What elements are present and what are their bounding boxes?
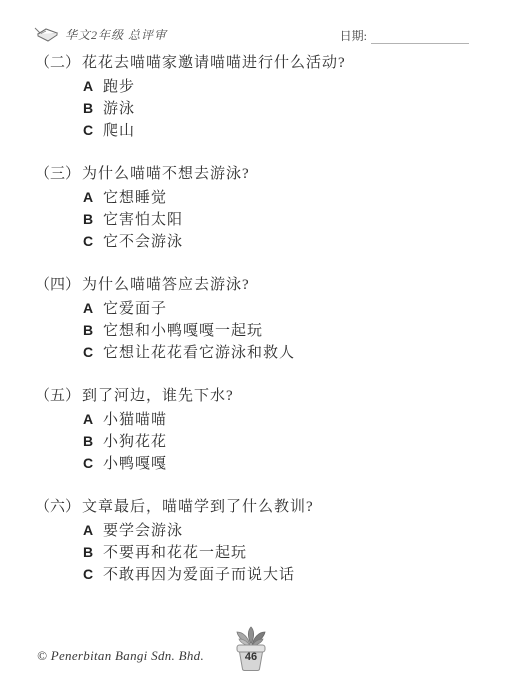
option-text: 它想睡觉 [103,187,167,209]
option-b: B 它想和小鸭嘎嘎一起玩 [35,319,497,341]
question-number: （六） [35,495,82,519]
option-letter: A [83,297,103,319]
option-c: C 爬山 [35,119,497,141]
option-b: B 它害怕太阳 [35,208,497,230]
option-text: 它想和小鸭嘎嘎一起玩 [103,320,263,342]
flower-pot-icon [230,624,272,672]
question-text: 文章最后，喵喵学到了什么教训? [82,495,314,519]
copyright-text: © Penerbitan Bangi Sdn. Bhd. [37,648,204,664]
page-number-pot: 46 [230,624,272,672]
option-text: 不敢再因为爱面子而说大话 [103,564,295,586]
question-number: （三） [35,162,82,186]
option-letter: A [83,408,103,430]
option-letter: A [83,186,103,208]
option-a: A 小猫喵喵 [35,408,497,430]
question-row: （四） 为什么喵喵答应去游泳? [35,273,497,297]
option-text: 跑步 [103,76,135,98]
option-c: C 它想让花花看它游泳和救人 [35,341,497,363]
question-block-2: （二） 花花去喵喵家邀请喵喵进行什么活动? A 跑步 B 游泳 C 爬山 [35,51,497,141]
option-text: 要学会游泳 [103,520,183,542]
question-row: （二） 花花去喵喵家邀请喵喵进行什么活动? [35,51,497,75]
option-letter: C [83,341,103,363]
option-text: 小鸭嘎嘎 [103,453,167,475]
option-letter: B [83,430,103,452]
option-text: 小狗花花 [103,431,167,453]
option-text: 爬山 [103,120,135,142]
date-blank-line [371,32,469,44]
option-text: 小猫喵喵 [103,409,167,431]
worksheet-page: 华文2年级 总评审 日期: （二） 花花去喵喵家邀请喵喵进行什么活动? A 跑步… [0,0,513,700]
option-b: B 小狗花花 [35,430,497,452]
date-field: 日期: [340,27,469,44]
option-text: 它想让花花看它游泳和救人 [103,342,295,364]
option-c: C 它不会游泳 [35,230,497,252]
option-a: A 跑步 [35,75,497,97]
date-label: 日期: [340,27,367,44]
question-number: （五） [35,384,82,408]
question-text: 为什么喵喵答应去游泳? [82,273,250,297]
option-c: C 小鸭嘎嘎 [35,452,497,474]
option-letter: B [83,208,103,230]
option-text: 它不会游泳 [103,231,183,253]
page-number: 46 [230,651,272,663]
option-letter: C [83,230,103,252]
question-block-6: （六） 文章最后，喵喵学到了什么教训? A 要学会游泳 B 不要再和花花一起玩 … [35,495,497,585]
option-text: 游泳 [103,98,135,120]
option-text: 它爱面子 [103,298,167,320]
option-a: A 它想睡觉 [35,186,497,208]
question-number: （四） [35,273,82,297]
page-header: 华文2年级 总评审 日期: [33,20,469,44]
option-letter: A [83,519,103,541]
question-text: 为什么喵喵不想去游泳? [82,162,250,186]
option-letter: C [83,563,103,585]
question-block-5: （五） 到了河边，谁先下水? A 小猫喵喵 B 小狗花花 C 小鸭嘎嘎 [35,384,497,474]
option-letter: B [83,541,103,563]
option-c: C 不敢再因为爱面子而说大话 [35,563,497,585]
question-list: （二） 花花去喵喵家邀请喵喵进行什么活动? A 跑步 B 游泳 C 爬山 （三）… [35,51,497,606]
option-letter: B [83,319,103,341]
header-left: 华文2年级 总评审 [33,24,167,44]
option-text: 它害怕太阳 [103,209,183,231]
option-letter: A [83,75,103,97]
question-row: （三） 为什么喵喵不想去游泳? [35,162,497,186]
option-a: A 要学会游泳 [35,519,497,541]
question-text: 花花去喵喵家邀请喵喵进行什么活动? [82,51,346,75]
option-text: 不要再和花花一起玩 [103,542,247,564]
option-letter: B [83,97,103,119]
open-book-icon [33,24,59,44]
option-b: B 游泳 [35,97,497,119]
option-a: A 它爱面子 [35,297,497,319]
question-row: （六） 文章最后，喵喵学到了什么教训? [35,495,497,519]
option-b: B 不要再和花花一起玩 [35,541,497,563]
question-number: （二） [35,51,82,75]
option-letter: C [83,119,103,141]
question-block-3: （三） 为什么喵喵不想去游泳? A 它想睡觉 B 它害怕太阳 C 它不会游泳 [35,162,497,252]
question-row: （五） 到了河边，谁先下水? [35,384,497,408]
header-title: 华文2年级 总评审 [65,26,167,43]
option-letter: C [83,452,103,474]
question-text: 到了河边，谁先下水? [82,384,234,408]
question-block-4: （四） 为什么喵喵答应去游泳? A 它爱面子 B 它想和小鸭嘎嘎一起玩 C 它想… [35,273,497,363]
